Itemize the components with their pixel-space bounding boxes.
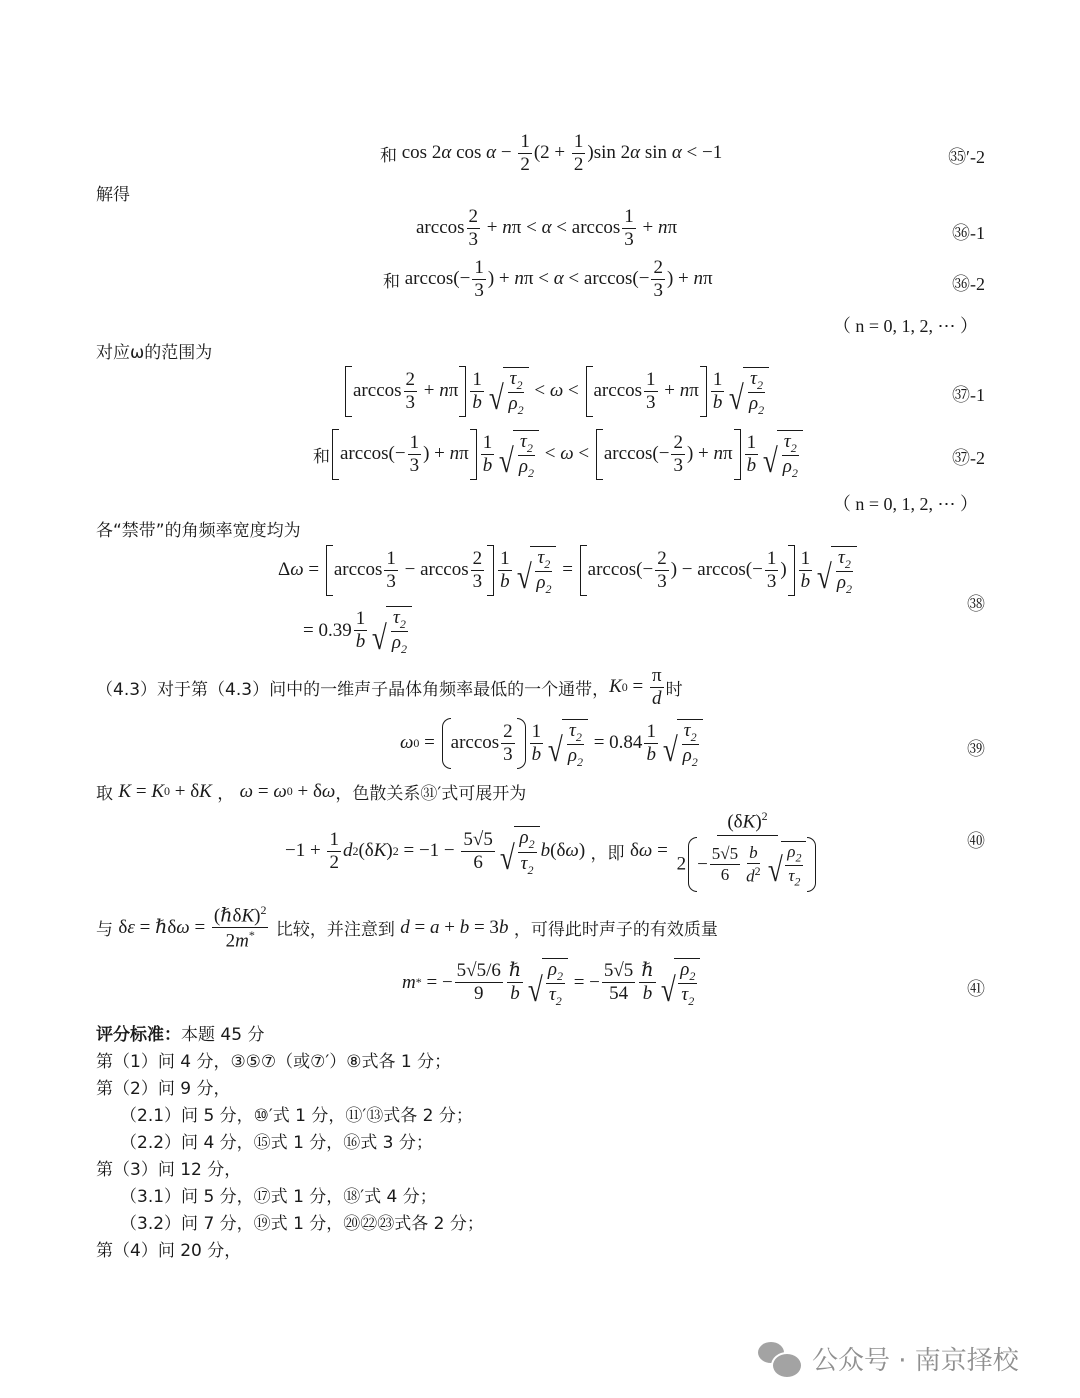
text-when: 时	[666, 675, 683, 700]
scoring-line: （2.2）问 4 分，⑮式 1 分，⑯式 3 分；	[120, 1128, 433, 1153]
equation-number: ㊲-2	[952, 444, 985, 470]
equation-number: ㊱-2	[952, 270, 985, 296]
text-omega-range: 对应ω的范围为	[96, 338, 212, 363]
equation-number: ㊵	[967, 827, 985, 853]
text-band-width: 各“禁带”的角频率宽度均为	[96, 516, 301, 541]
equation-41: m* = −5√5/69ℏb √ρ2τ2 = −5√554ℏb √ρ2τ2	[402, 958, 701, 1008]
equation-number: ㊲-1	[952, 381, 985, 407]
n-range-note: （ n = 0, 1, 2, ⋯ ）	[833, 490, 978, 516]
watermark: 公众号 · 南京择校	[758, 1340, 1019, 1377]
scoring-title: 评分标准：	[96, 1025, 181, 1045]
text-and: 和	[383, 267, 400, 292]
text-compare: 与 δε = ℏδω = (ℏδK)22m* 比较，并注意到 d = a + b…	[96, 904, 718, 952]
equation-39: ω0 = arccos23 1b √τ2ρ2 = 0.841b √τ2ρ2	[400, 718, 704, 769]
equation-number: ㉟′-2	[948, 143, 985, 169]
equation-36-2: 和 arccos(−13) + nπ < α < arccos(−23) + n…	[383, 258, 713, 301]
equation-38-line1: Δω = arccos13 − arccos23 1b √τ2ρ2 = arcc…	[278, 545, 858, 596]
equation-number: ㊱-1	[952, 219, 985, 245]
n-range-note: （ n = 0, 1, 2, ⋯ ）	[833, 312, 978, 338]
equation-number: ㊶	[967, 975, 985, 1001]
scoring-line: （2.1）问 5 分，⑩′式 1 分，⑪′⑬式各 2 分；	[120, 1101, 473, 1126]
equation-37-2: 和 arccos(−13) + nπ 1b √τ2ρ2 < ω < arccos…	[313, 429, 804, 480]
text-and: 和	[380, 141, 397, 166]
text-intro: （4.3）对于第（4.3）问中的一维声子晶体角频率最低的一个通带，	[96, 675, 609, 700]
scoring-line: （3.1）问 5 分，⑰式 1 分，⑱′式 4 分；	[120, 1182, 437, 1207]
scoring-header: 评分标准：本题 45 分	[96, 1020, 264, 1045]
scoring-line: 第（4）问 20 分，	[96, 1236, 241, 1261]
scoring-line: 第（1）问 4 分，③⑤⑦（或⑦′）⑧式各 1 分；	[96, 1047, 451, 1072]
watermark-text: 公众号 · 南京择校	[812, 1340, 1019, 1377]
text-and: 和	[313, 442, 330, 467]
section-4-3-intro: （4.3）对于第（4.3）问中的一维声子晶体角频率最低的一个通带， K0 = π…	[96, 666, 683, 709]
equation-37-1: arccos23 + nπ 1b √τ2ρ2 < ω < arccos13 + …	[343, 366, 770, 417]
equation-number: ㊳	[967, 590, 985, 616]
text-expansion-intro: 取 K = K0 + δK ， ω = ω0 + δω ，色散关系㉛′式可展开为	[96, 779, 526, 804]
scoring-line: （3.2）问 7 分，⑲式 1 分，⑳㉒㉓式各 2 分；	[120, 1209, 484, 1234]
equation-40: −1 + 12d2(δK)2 = −1 − 5√56 √ρ2τ2 b(δω) ，…	[285, 810, 822, 892]
scoring-total: 本题 45 分	[181, 1025, 264, 1045]
equation-number: ㊴	[967, 735, 985, 761]
text-solve: 解得	[96, 180, 130, 205]
equation-35p-2: 和 cos 2α cos α − 12(2 + 12)sin 2α sin α …	[380, 132, 722, 175]
equation-38-line2: = 0.391b√τ2ρ2	[303, 606, 413, 656]
scoring-line: 第（2）问 9 分，	[96, 1074, 230, 1099]
math-expr: cos 2α cos α − 12(2 + 12)sin 2α sin α < …	[397, 132, 722, 175]
equation-36-1: arccos23 + nπ < α < arccos13 + nπ	[416, 207, 677, 250]
scoring-line: 第（3）问 12 分，	[96, 1155, 241, 1180]
wechat-icon	[758, 1342, 802, 1376]
